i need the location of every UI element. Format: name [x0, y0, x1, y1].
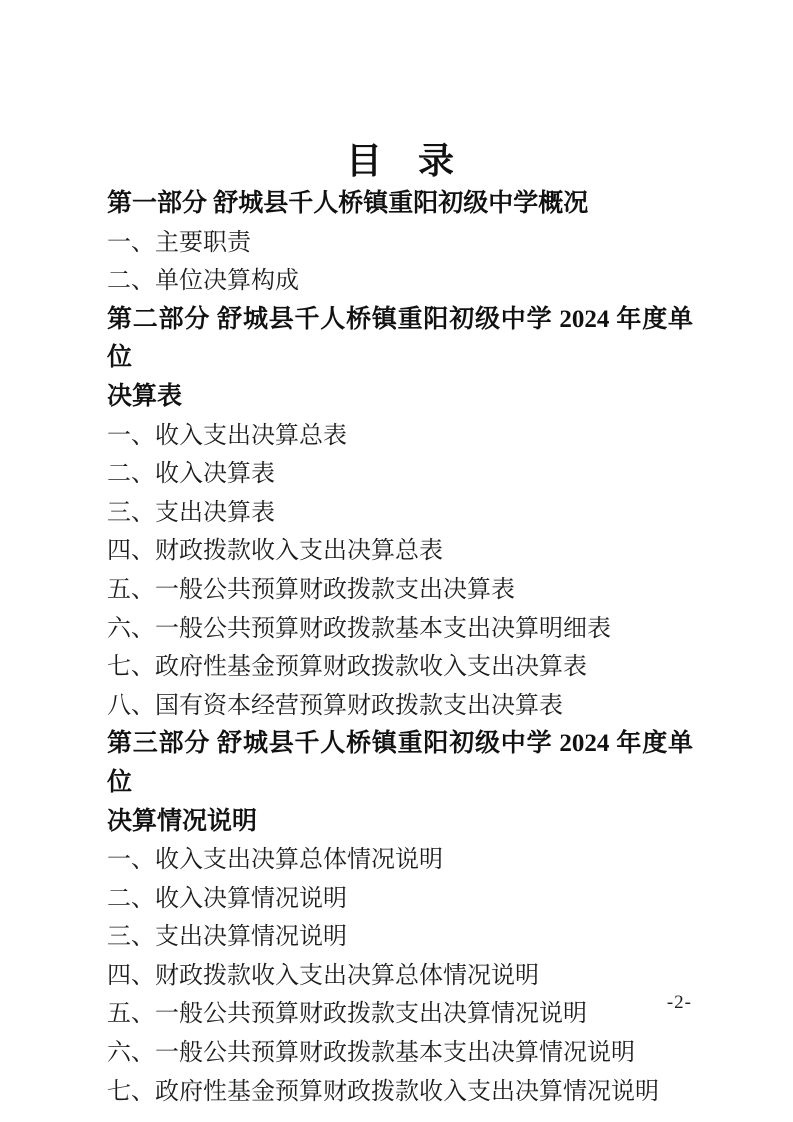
toc-item: 八、国有资本经营预算财政拨款支出决算表: [107, 687, 693, 726]
toc-section-3-heading-line-1: 第三部分 舒城县千人桥镇重阳初级中学 2024 年度单位: [107, 725, 693, 802]
toc-title: 目 录: [107, 140, 693, 182]
toc-item: 五、一般公共预算财政拨款支出决算表: [107, 571, 693, 610]
toc-item: 三、支出决算情况说明: [107, 918, 693, 957]
toc-item: 四、财政拨款收入支出决算总表: [107, 532, 693, 571]
toc-item: 六、一般公共预算财政拨款基本支出决算明细表: [107, 610, 693, 649]
toc-item: 一、收入支出决算总表: [107, 417, 693, 456]
toc-item: 六、一般公共预算财政拨款基本支出决算情况说明: [107, 1034, 693, 1073]
page-number: -2-: [667, 992, 692, 1014]
toc-item: 二、单位决算构成: [107, 262, 693, 301]
toc-item: 一、主要职责: [107, 224, 693, 263]
document-page: 目 录 第一部分 舒城县千人桥镇重阳初级中学概况 一、主要职责 二、单位决算构成…: [0, 0, 793, 1122]
toc-section-3-heading-line-2: 决算情况说明: [107, 803, 693, 842]
toc-item: 二、收入决算表: [107, 455, 693, 494]
toc-item: 七、政府性基金预算财政拨款收入支出决算情况说明: [107, 1073, 693, 1112]
toc-item: 五、一般公共预算财政拨款支出决算情况说明: [107, 995, 693, 1034]
toc-section-2-heading-line-2: 决算表: [107, 378, 693, 417]
toc-section-2-heading-line-1: 第二部分 舒城县千人桥镇重阳初级中学 2024 年度单位: [107, 301, 693, 378]
toc-item: 一、收入支出决算总体情况说明: [107, 841, 693, 880]
toc: 目 录 第一部分 舒城县千人桥镇重阳初级中学概况 一、主要职责 二、单位决算构成…: [107, 140, 693, 1111]
toc-section-1-heading: 第一部分 舒城县千人桥镇重阳初级中学概况: [107, 185, 693, 224]
toc-item: 二、收入决算情况说明: [107, 880, 693, 919]
toc-item: 三、支出决算表: [107, 494, 693, 533]
toc-item: 七、政府性基金预算财政拨款收入支出决算表: [107, 648, 693, 687]
toc-item: 四、财政拨款收入支出决算总体情况说明: [107, 957, 693, 996]
